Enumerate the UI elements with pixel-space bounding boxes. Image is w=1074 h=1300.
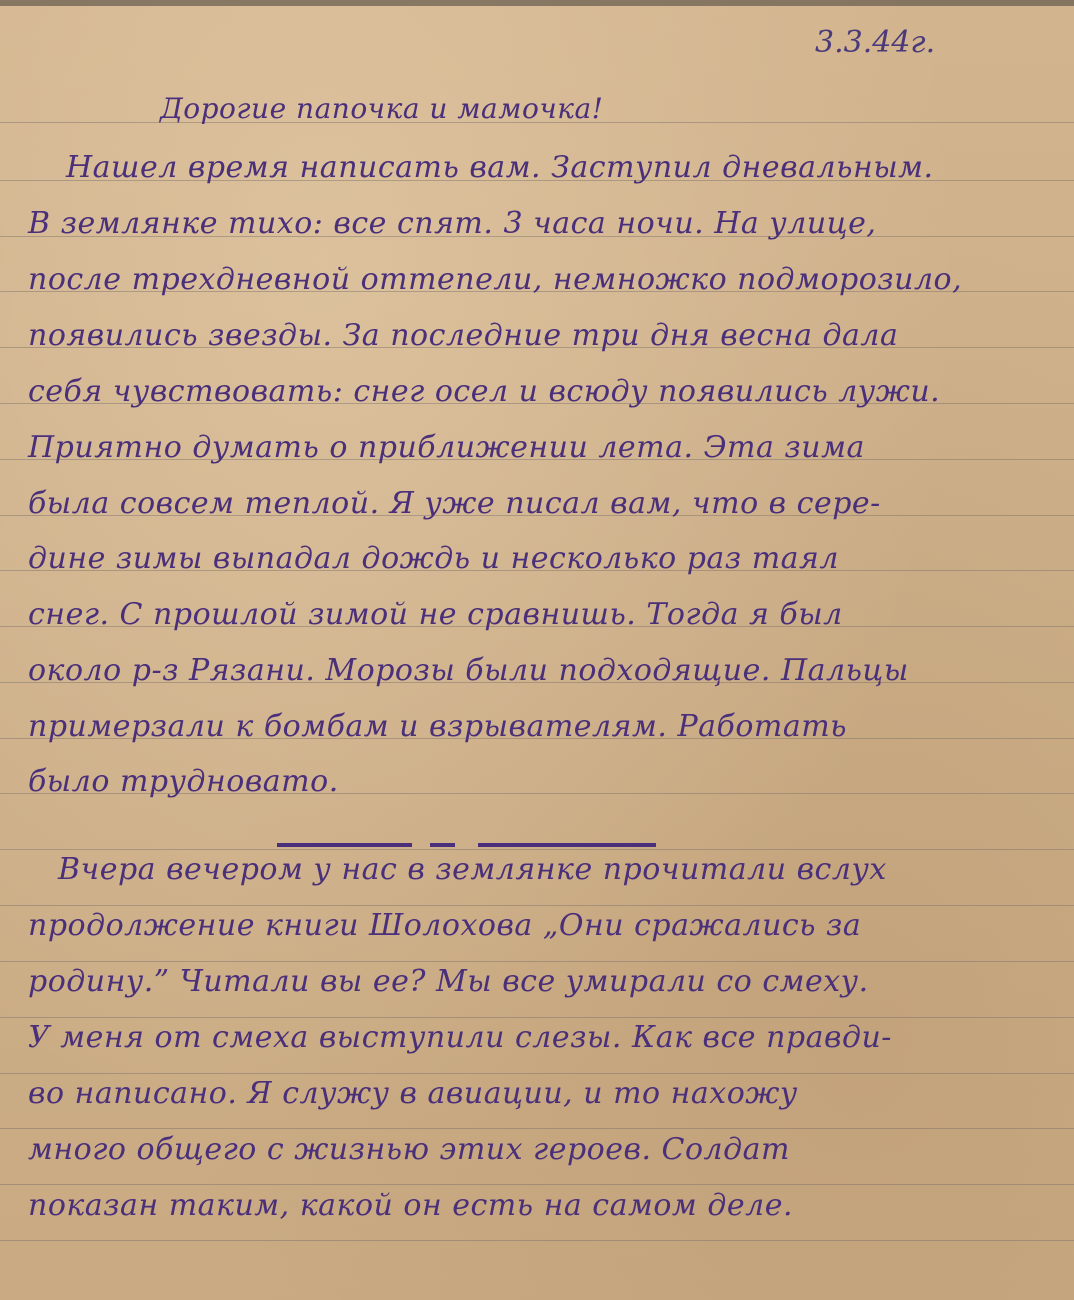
text-line: дине зимы выпадал дождь и несколько раз … (0, 541, 1074, 576)
text-line: Нашел время написать вам. Заступил днева… (0, 150, 1074, 185)
text-line: Вчера вечером у нас в землянке прочитали… (0, 852, 1074, 887)
text-line: во написано. Я служу в авиации, и то нах… (0, 1076, 1074, 1111)
page-top-edge (0, 0, 1074, 6)
ruled-line (0, 1240, 1074, 1241)
text-line: В землянке тихо: все спят. 3 часа ночи. … (0, 206, 1074, 241)
text-line: снег. С прошлой зимой не сравнишь. Тогда… (0, 597, 1074, 632)
ruled-line (0, 849, 1074, 850)
ruled-line (0, 1184, 1074, 1185)
separator-line (277, 843, 412, 847)
text-line: около р-з Рязани. Морозы были подходящие… (0, 653, 1074, 688)
text-line: себя чувствовать: снег осел и всюду появ… (0, 374, 1074, 409)
text-line: У меня от смеха выступили слезы. Как все… (0, 1020, 1074, 1055)
letter-page: 3.3.44г. Дорогие папочка и мамочка! Наше… (0, 0, 1074, 1300)
separator-line (478, 843, 656, 847)
ruled-line (0, 1128, 1074, 1129)
text-line: много общего с жизнью этих героев. Солда… (0, 1132, 1074, 1167)
salutation: Дорогие папочка и мамочка! (0, 92, 1074, 125)
letter-date: 3.3.44г. (815, 25, 935, 60)
text-line: появились звезды. За последние три дня в… (0, 318, 1074, 353)
text-line: было трудновато. (0, 764, 1074, 799)
text-line: продолжение книги Шолохова „Они сражалис… (0, 908, 1074, 943)
text-line: была совсем теплой. Я уже писал вам, что… (0, 486, 1074, 521)
text-line: родину.” Читали вы ее? Мы все умирали со… (0, 964, 1074, 999)
ruled-line (0, 1017, 1074, 1018)
text-line: после трехдневной оттепели, немножко под… (0, 262, 1074, 297)
ruled-line (0, 961, 1074, 962)
ruled-line (0, 905, 1074, 906)
text-line: примерзали к бомбам и взрывателям. Работ… (0, 709, 1074, 744)
ruled-line (0, 1073, 1074, 1074)
separator-line (430, 843, 455, 847)
text-line: показан таким, какой он есть на самом де… (0, 1188, 1074, 1223)
text-line: Приятно думать о приближении лета. Эта з… (0, 430, 1074, 465)
